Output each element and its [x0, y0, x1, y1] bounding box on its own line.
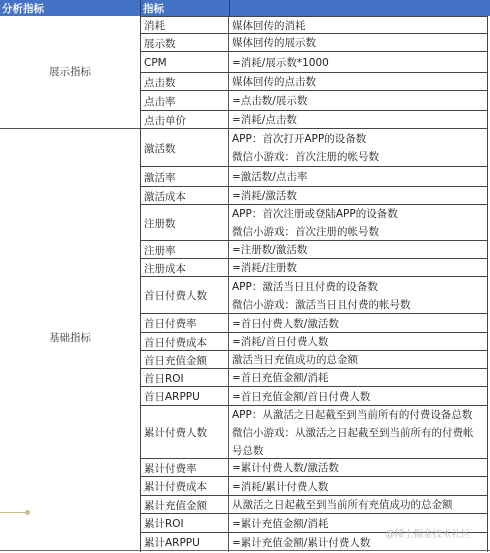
- definition-line: APP：从激活之日起截至到当前所有的付费设备总数: [232, 406, 487, 424]
- metric-name-cell: 激活率: [140, 167, 229, 187]
- metric-definition-cell: =首日充值金额/消耗: [229, 369, 488, 387]
- definition-line: =消耗/累计付费人数: [232, 478, 487, 496]
- table-row: 展示数媒体回传的展示数: [140, 33, 488, 52]
- group-divider: [0, 128, 140, 129]
- definition-line: =首日付费人数/激活数: [232, 315, 487, 333]
- metric-name-cell: 点击数: [140, 73, 229, 91]
- metric-name-cell: 激活数: [140, 129, 229, 167]
- metric-definition-cell: =消耗/首日付费人数: [229, 333, 488, 351]
- definition-line: =激活数/点击率: [232, 168, 487, 186]
- metric-definition-cell: =累计付费人数/激活数: [229, 459, 488, 477]
- table-row: 累计付费成本=消耗/累计付费人数: [140, 476, 488, 496]
- definition-line: 号总数: [232, 442, 487, 460]
- table-row: 激活成本=消耗/激活数: [140, 186, 488, 205]
- definition-line: =首日充值金额/消耗: [232, 369, 487, 387]
- table-row: 首日ARPPU=首日充值金额/首日付费人数: [140, 386, 488, 406]
- definition-line: 微信小游戏：首次注册的帐号数: [232, 223, 487, 241]
- metric-name-cell: 注册成本: [140, 259, 229, 277]
- table-row: 消耗媒体回传的消耗: [140, 16, 488, 34]
- group-label-basic: 基础指标: [0, 330, 140, 345]
- metric-name-cell: 首日付费率: [140, 314, 229, 333]
- header-divider: [229, 0, 230, 16]
- table-bottom-border: [0, 550, 490, 551]
- table-row: 注册成本=消耗/注册数: [140, 258, 488, 277]
- metric-definition-cell: =消耗/点击数: [229, 111, 488, 129]
- metric-name-cell: 累计付费人数: [140, 406, 229, 459]
- metric-name-cell: 展示数: [140, 34, 229, 52]
- definition-line: =点击数/展示数: [232, 92, 487, 110]
- metric-definition-cell: =首日付费人数/激活数: [229, 314, 488, 333]
- table-header: 分析指标 指标: [0, 0, 490, 16]
- table-row: 累计充值金额从激活之日起截至到当前所有充值成功的总金额: [140, 495, 488, 514]
- definition-line: APP：首次打开APP的设备数: [232, 130, 487, 148]
- header-metric: 指标: [143, 1, 164, 16]
- definition-line: =消耗/注册数: [232, 259, 487, 277]
- table-row: 首日付费人数APP：激活当日且付费的设备数微信小游戏：激活当日且付费的帐号数: [140, 276, 488, 314]
- watermark: @稀土掘金技术社区: [385, 526, 471, 540]
- metric-name-cell: 注册率: [140, 241, 229, 259]
- metric-definition-cell: =消耗/展示数*1000: [229, 52, 488, 73]
- definition-line: =消耗/激活数: [232, 187, 487, 205]
- metric-definition-cell: 媒体回传的点击数: [229, 73, 488, 91]
- metric-definition-cell: =激活数/点击率: [229, 167, 488, 187]
- definition-line: 媒体回传的消耗: [232, 17, 487, 35]
- definition-line: APP：首次注册或登陆APP的设备数: [232, 205, 487, 223]
- metric-name-cell: 激活成本: [140, 187, 229, 205]
- table-row: 点击率=点击数/展示数: [140, 90, 488, 111]
- header-analysis-category: 分析指标: [2, 1, 44, 16]
- metric-definition-cell: 从激活之日起截至到当前所有充值成功的总金额: [229, 496, 488, 514]
- definition-line: 媒体回传的展示数: [232, 34, 487, 52]
- definition-line: =累计付费人数/激活数: [232, 459, 487, 477]
- table-row: 首日充值金额激活当日充值成功的总金额: [140, 350, 488, 369]
- header-divider: [140, 0, 141, 16]
- definition-line: =消耗/首日付费人数: [232, 333, 487, 351]
- metric-definition-cell: =点击数/展示数: [229, 91, 488, 111]
- connector-line: [0, 512, 27, 513]
- metric-name-cell: 累计充值金额: [140, 496, 229, 514]
- metric-definition-cell: 激活当日充值成功的总金额: [229, 351, 488, 369]
- metric-name-cell: 累计付费成本: [140, 477, 229, 496]
- definition-line: 微信小游戏：激活当日且付费的帐号数: [232, 296, 487, 314]
- metric-definition-cell: APP：首次打开APP的设备数微信小游戏：首次注册的帐号数: [229, 129, 488, 167]
- table-row: 激活数APP：首次打开APP的设备数微信小游戏：首次注册的帐号数: [140, 128, 488, 167]
- definition-line: 从激活之日起截至到当前所有充值成功的总金额: [232, 496, 487, 514]
- metric-definition-cell: APP：首次注册或登陆APP的设备数微信小游戏：首次注册的帐号数: [229, 205, 488, 241]
- metric-definition-cell: =注册数/激活数: [229, 241, 488, 259]
- metric-name-cell: 注册数: [140, 205, 229, 241]
- metric-definition-cell: APP：从激活之日起截至到当前所有的付费设备总数微信小游戏：从激活之日起截至到当…: [229, 406, 488, 459]
- table-row: 累计付费人数APP：从激活之日起截至到当前所有的付费设备总数微信小游戏：从激活之…: [140, 405, 488, 459]
- metric-name-cell: 首日付费人数: [140, 277, 229, 314]
- definition-line: =首日充值金额/首日付费人数: [232, 388, 487, 406]
- definition-line: =消耗/展示数*1000: [232, 54, 487, 72]
- metric-definition-cell: 媒体回传的消耗: [229, 17, 488, 34]
- metric-definition-cell: =消耗/注册数: [229, 259, 488, 277]
- metric-definition-cell: =首日充值金额/首日付费人数: [229, 387, 488, 406]
- metric-name-cell: 首日充值金额: [140, 351, 229, 369]
- definition-line: 媒体回传的点击数: [232, 73, 487, 91]
- metric-name-cell: 点击率: [140, 91, 229, 111]
- definition-line: =消耗/点击数: [232, 111, 487, 129]
- metric-name-cell: 累计ROI: [140, 514, 229, 533]
- table-row: CPM=消耗/展示数*1000: [140, 51, 488, 73]
- metric-name-cell: 累计付费率: [140, 459, 229, 477]
- metric-definition-cell: =消耗/累计付费人数: [229, 477, 488, 496]
- metric-name-cell: 点击单价: [140, 111, 229, 129]
- definition-line: =注册数/激活数: [232, 241, 487, 259]
- table-row: 注册率=注册数/激活数: [140, 240, 488, 259]
- connector-dot-icon: [25, 510, 30, 515]
- table-row: 点击单价=消耗/点击数: [140, 110, 488, 129]
- table-row: 首日ROI=首日充值金额/消耗: [140, 368, 488, 387]
- table-row: 激活率=激活数/点击率: [140, 166, 488, 187]
- definition-line: 微信小游戏：首次注册的帐号数: [232, 148, 487, 166]
- definition-line: 微信小游戏：从激活之日起截至到当前所有的付费帐: [232, 424, 487, 442]
- table-row: 点击数媒体回传的点击数: [140, 72, 488, 91]
- definition-line: APP：激活当日且付费的设备数: [232, 278, 487, 296]
- metric-name-cell: 首日ARPPU: [140, 387, 229, 406]
- metric-name-cell: CPM: [140, 52, 229, 73]
- table-row: 首日付费率=首日付费人数/激活数: [140, 313, 488, 333]
- metric-name-cell: 首日ROI: [140, 369, 229, 387]
- table-row: 注册数APP：首次注册或登陆APP的设备数微信小游戏：首次注册的帐号数: [140, 204, 488, 241]
- metric-name-cell: 消耗: [140, 17, 229, 34]
- group-label-display: 展示指标: [0, 64, 140, 79]
- definition-line: 激活当日充值成功的总金额: [232, 351, 487, 369]
- metric-definition-cell: 媒体回传的展示数: [229, 34, 488, 52]
- metric-definition-cell: APP：激活当日且付费的设备数微信小游戏：激活当日且付费的帐号数: [229, 277, 488, 314]
- metric-definition-cell: =消耗/激活数: [229, 187, 488, 205]
- metric-name-cell: 首日付费成本: [140, 333, 229, 351]
- table-row: 累计付费率=累计付费人数/激活数: [140, 458, 488, 477]
- table-row: 首日付费成本=消耗/首日付费人数: [140, 332, 488, 351]
